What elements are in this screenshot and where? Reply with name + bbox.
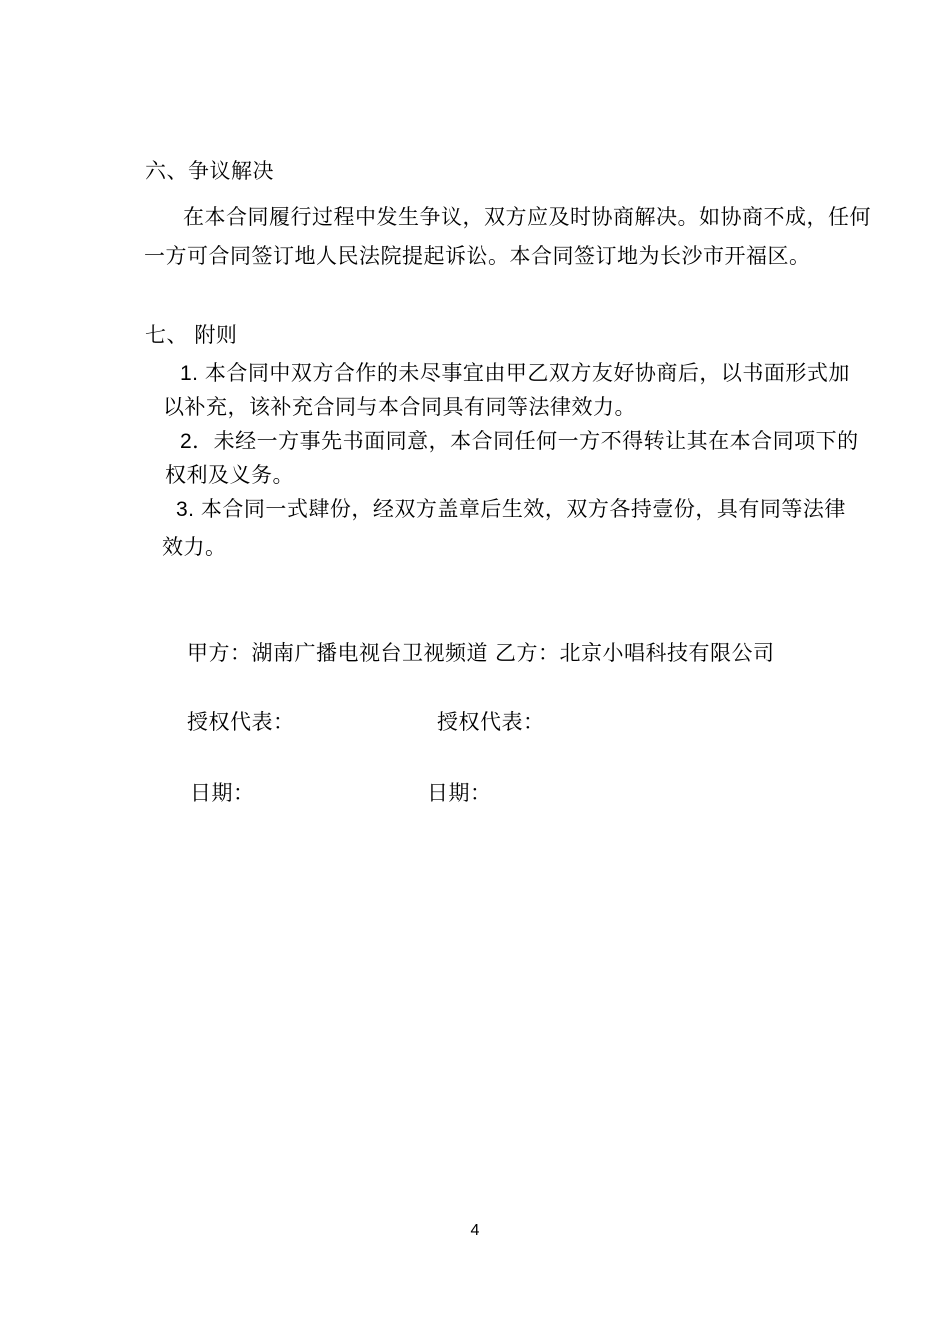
section7-item1-line2: 以补充，该补充合同与本合同具有同等法律效力。 — [163, 396, 636, 419]
section6-heading: 六、争议解决 — [145, 160, 274, 183]
signature-representative-a: 授权代表： — [187, 711, 295, 734]
section7-item2-line2: 权利及义务。 — [165, 464, 294, 487]
section7-item3-line2: 效力。 — [162, 536, 227, 559]
section6-paragraph-line2: 一方可合同签订地人民法院提起诉讼。本合同签订地为长沙市开福区。 — [144, 245, 811, 268]
section7-item3-line1: 3. 本合同一式肆份，经双方盖章后生效，双方各持壹份，具有同等法律 — [176, 498, 846, 521]
section7-heading: 七、 附则 — [145, 324, 237, 347]
signature-date-a: 日期： — [190, 782, 255, 805]
page-number: 4 — [0, 1222, 950, 1240]
signature-representative-b: 授权代表： — [437, 711, 545, 734]
contract-document-page: 六、争议解决 在本合同履行过程中发生争议，双方应及时协商解决。如协商不成，任何 … — [0, 0, 950, 1344]
signature-date-b: 日期： — [427, 782, 492, 805]
signature-party-b: 乙方：北京小唱科技有限公司 — [495, 642, 775, 665]
section6-paragraph-line1: 在本合同履行过程中发生争议，双方应及时协商解决。如协商不成，任何 — [183, 206, 871, 229]
signature-party-a: 甲方：湖南广播电视台卫视频道 — [187, 642, 488, 665]
section7-item1-line1: 1. 本合同中双方合作的未尽事宜由甲乙双方友好协商后，以书面形式加 — [180, 362, 850, 385]
section7-item2-line1: 2．未经一方事先书面同意，本合同任何一方不得转让其在本合同项下的 — [180, 430, 859, 453]
